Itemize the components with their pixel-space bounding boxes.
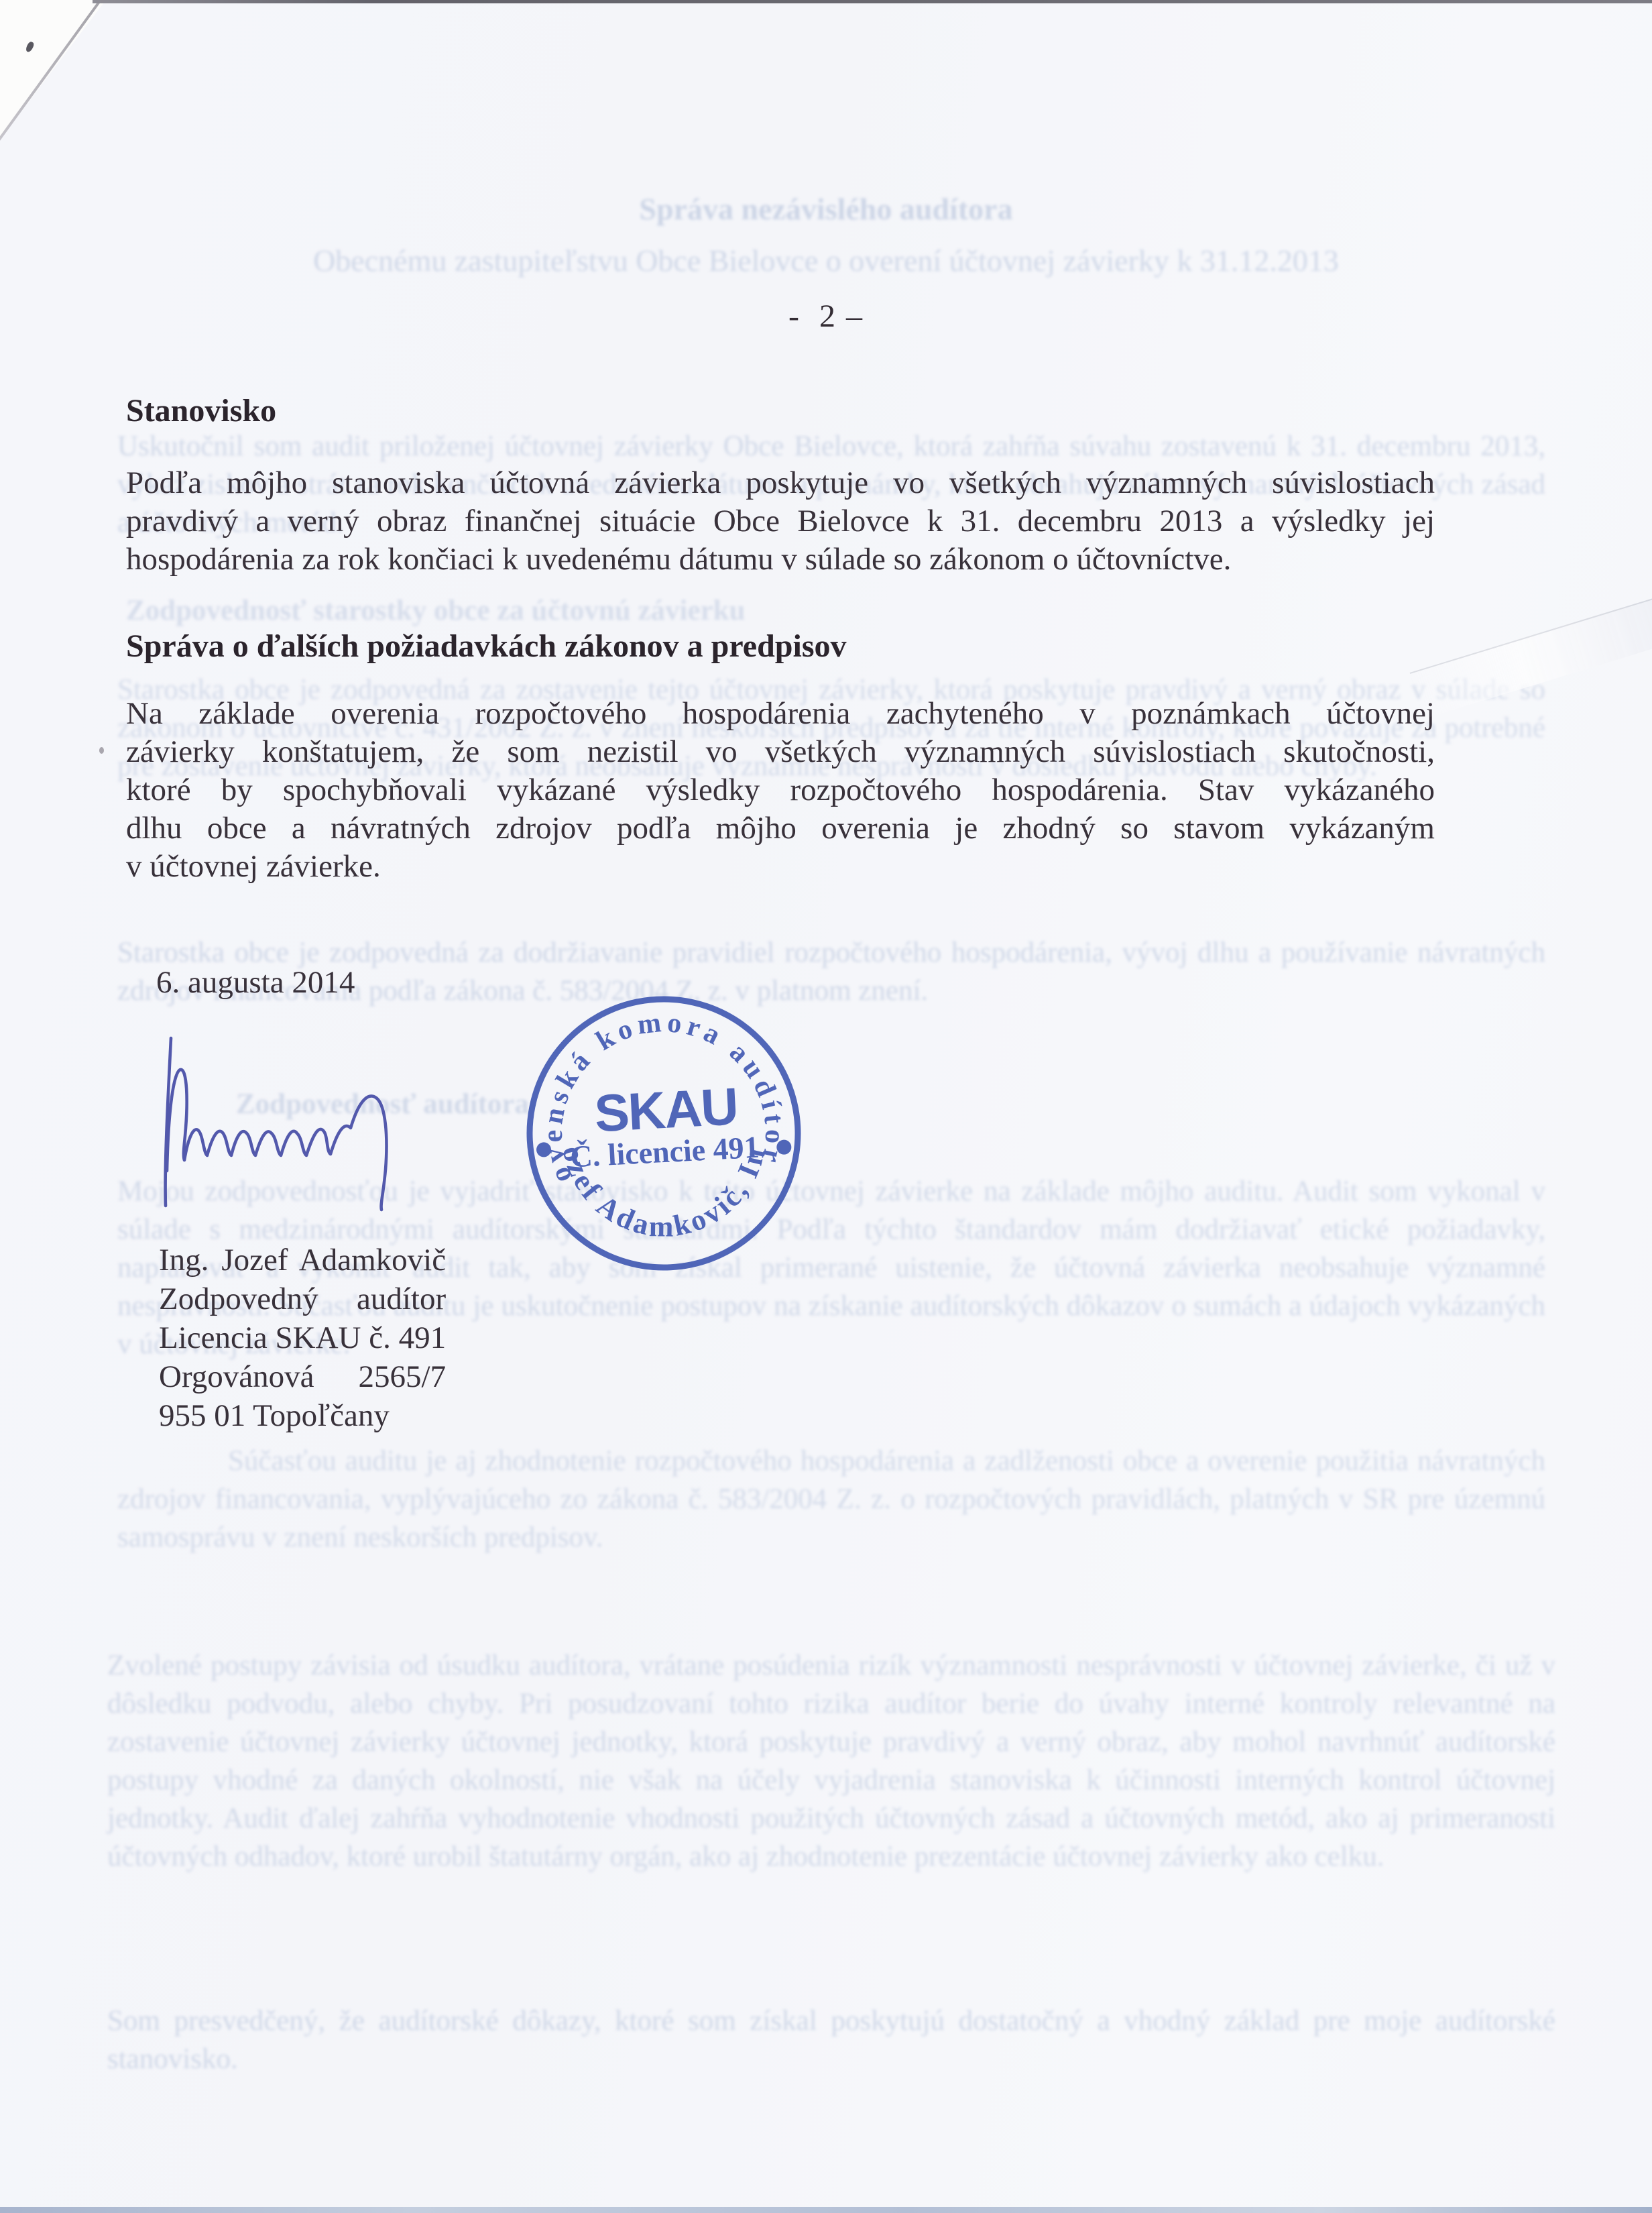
text-line: ktoré by spochybňovali vykázané výsledky… xyxy=(126,771,1435,809)
margin-speck xyxy=(99,747,104,754)
text-line: hospodárenia za rok končiaci k uvedenému… xyxy=(126,541,1435,579)
text-line: Orgovánová 2565/7 xyxy=(159,1357,446,1396)
ghost-report-subtitle: Obecnému zastupiteľstvu Obce Bielovce o … xyxy=(0,241,1652,280)
text-line: závierky konštatujem, že som nezistil vo… xyxy=(126,733,1435,771)
ghost-report-title: Správa nezávislého audítora xyxy=(0,190,1652,228)
report-date: 6. augusta 2014 xyxy=(156,964,355,1001)
text-line: pravdivý a verný obraz finančnej situáci… xyxy=(126,502,1435,541)
text-line: 955 01 Topoľčany xyxy=(159,1396,446,1435)
signatory-block: Ing. Jozef AdamkovičZodpovedný audítorLi… xyxy=(159,1241,446,1435)
scanner-top-edge-line xyxy=(93,0,1652,3)
handwritten-signature-stroke xyxy=(153,1027,408,1222)
text-line: Zodpovedný audítor xyxy=(159,1280,446,1318)
text-line: Podľa môjho stanoviska účtovná závierka … xyxy=(126,464,1435,502)
other-requirements-heading: Správa o ďalších požiadavkách zákonov a … xyxy=(126,628,847,665)
bottom-scan-line xyxy=(0,2207,1652,2213)
ghost-heading: Zodpovednosť starostky obce za účtovnú z… xyxy=(126,591,746,630)
text-line: v účtovnej závierke. xyxy=(126,848,1435,886)
ghost-paragraph: Súčasťou auditu je aj zhodnotenie rozpoč… xyxy=(117,1442,1545,1556)
other-requirements-paragraph: Na základe overenia rozpočtového hospodá… xyxy=(126,695,1435,886)
page-number: - 2 – xyxy=(0,298,1652,335)
text-line: Na základe overenia rozpočtového hospodá… xyxy=(126,695,1435,733)
opinion-heading: Stanovisko xyxy=(126,392,276,429)
text-line: Ing. Jozef Adamkovič xyxy=(159,1241,446,1280)
scanned-audit-report-page: Správa nezávislého audítora Obecnému zas… xyxy=(0,0,1652,2213)
opinion-paragraph: Podľa môjho stanoviska účtovná závierka … xyxy=(126,464,1435,579)
text-line: Licencia SKAU č. 491 xyxy=(159,1318,446,1357)
auditor-stamp: Slovenská komora audítorov Jozef Adamkov… xyxy=(512,982,815,1285)
text-line: dlhu obce a návratných zdrojov podľa môj… xyxy=(126,809,1435,848)
ghost-paragraph: Zvolené postupy závisia od úsudku audíto… xyxy=(107,1646,1555,1876)
ghost-paragraph: Som presvedčený, že audítorské dôkazy, k… xyxy=(107,2002,1555,2078)
